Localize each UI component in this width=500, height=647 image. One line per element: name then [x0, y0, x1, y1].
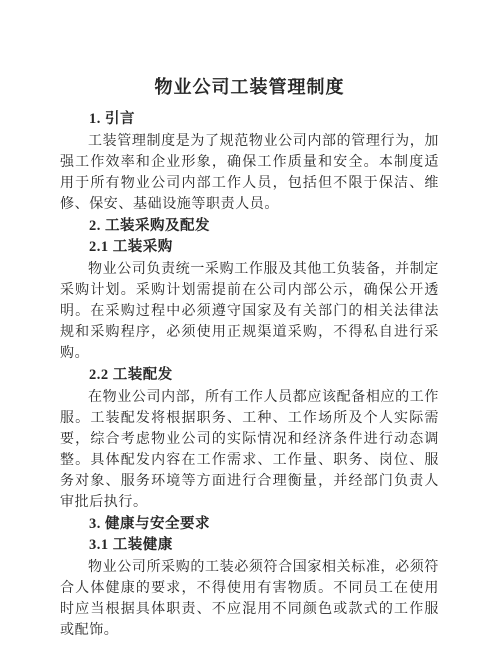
paragraph-introduction: 工装管理制度是为了规范物业公司内部的管理行为，加强工作效率和企业形象，确保工作质…	[60, 131, 439, 215]
heading-procurement-and-distribution: 2. 工装采购及配发	[60, 217, 439, 236]
heading-uniform-distribution: 2.2 工装配发	[60, 366, 439, 385]
paragraph-uniform-health: 物业公司所采购的工装必须符合国家相关标准，必须符合人体健康的要求，不得使用有害物…	[60, 557, 439, 641]
heading-uniform-procurement: 2.1 工装采购	[60, 238, 439, 257]
heading-introduction: 1. 引言	[60, 110, 439, 129]
heading-uniform-health: 3.1 工装健康	[60, 536, 439, 555]
heading-health-and-safety: 3. 健康与安全要求	[60, 515, 439, 534]
paragraph-uniform-distribution: 在物业公司内部，所有工作人员都应该配备相应的工作服。工装配发将根据职务、工种、工…	[60, 387, 439, 513]
paragraph-uniform-procurement: 物业公司负责统一采购工作服及其他工负装备，并制定采购计划。采购计划需提前在公司内…	[60, 259, 439, 364]
document-title: 物业公司工装管理制度	[60, 76, 439, 98]
document-page: 物业公司工装管理制度 1. 引言 工装管理制度是为了规范物业公司内部的管理行为，…	[0, 0, 500, 647]
